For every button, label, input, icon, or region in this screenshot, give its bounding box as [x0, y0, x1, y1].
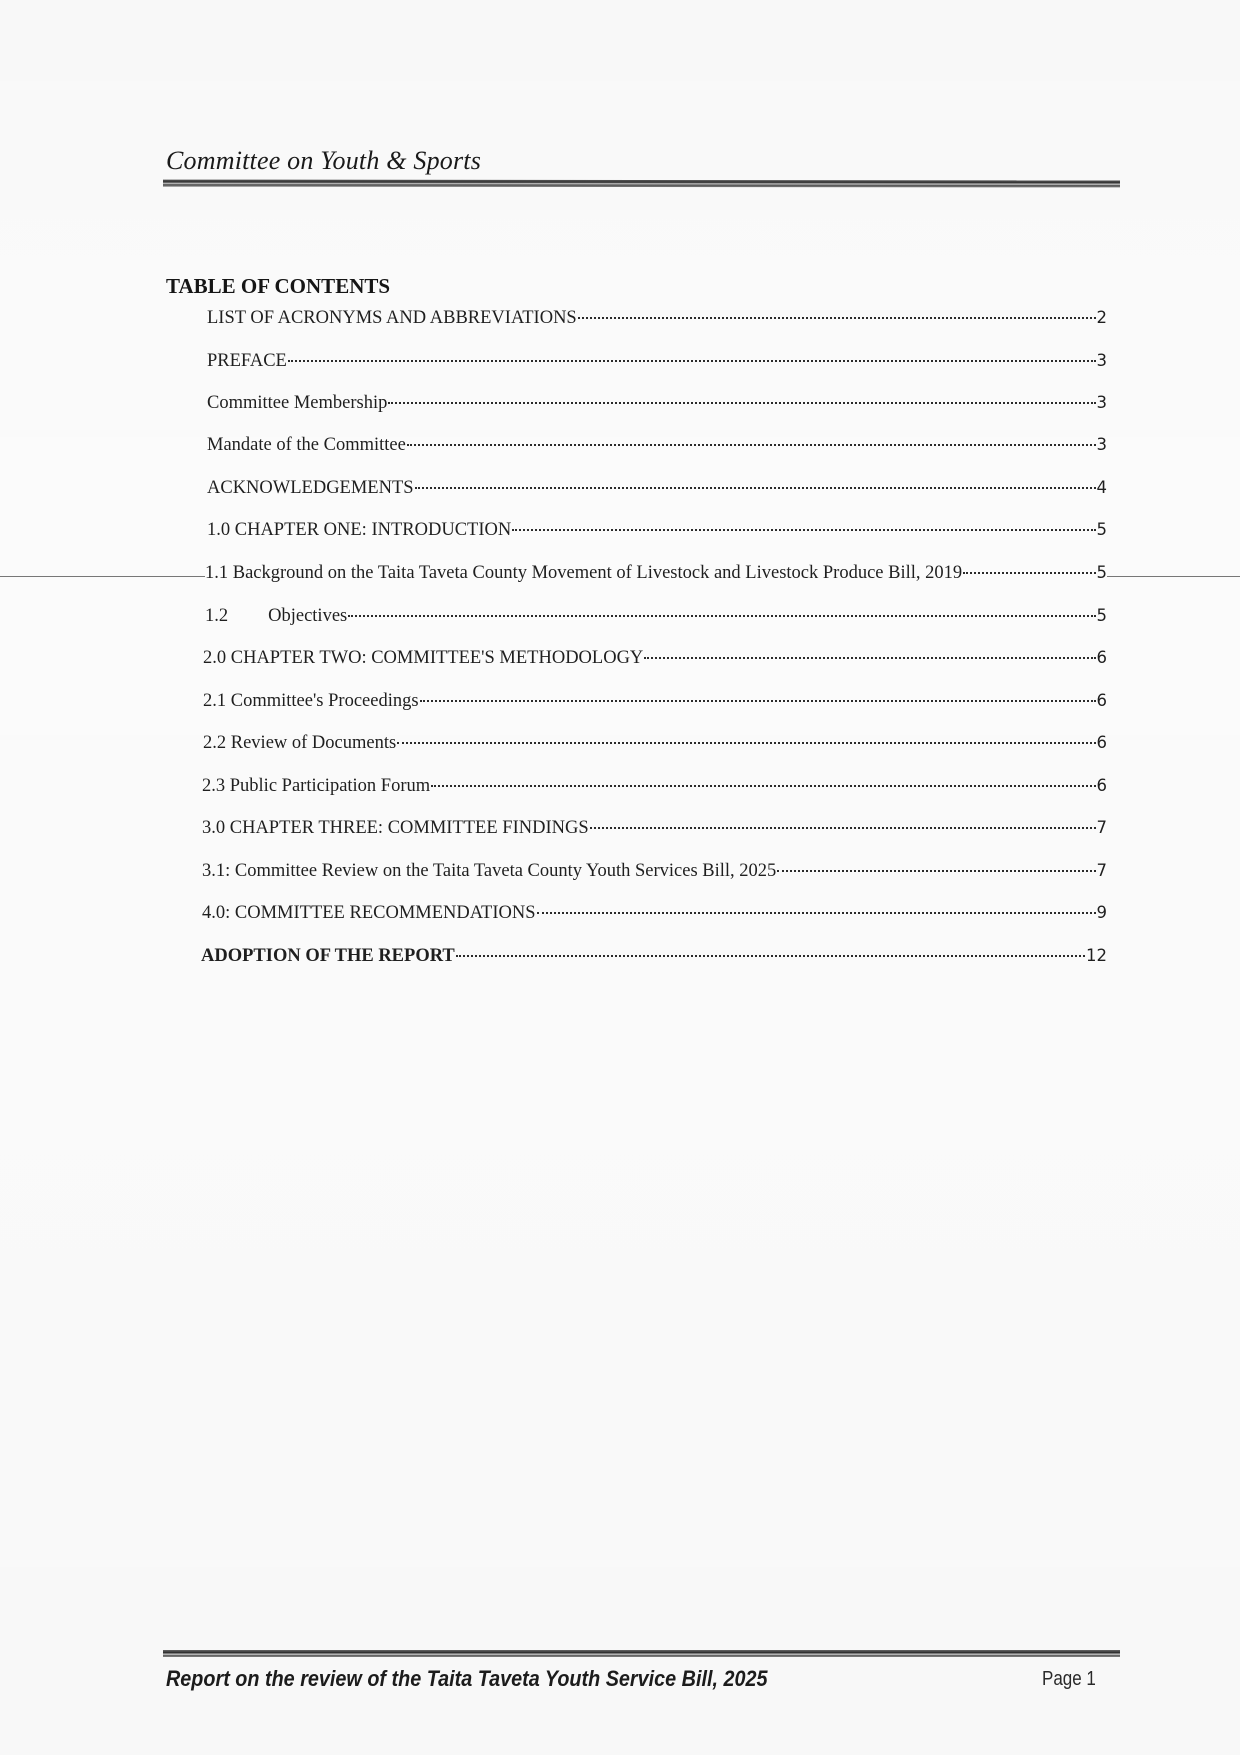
toc-entry-page: 5: [1097, 563, 1108, 582]
toc-entry-label: 1.1 Background on the Taita Taveta Count…: [205, 563, 962, 584]
toc-entry-page: 3: [1097, 435, 1108, 454]
toc-entry-page: 9: [1097, 903, 1108, 922]
toc-entry-label: 2.3 Public Participation Forum: [202, 776, 430, 797]
dot-leader: [537, 893, 1096, 914]
toc-entry-label: 3.0 CHAPTER THREE: COMMITTEE FINDINGS: [202, 818, 589, 839]
dot-leader: [288, 341, 1096, 362]
dot-leader: [512, 510, 1095, 531]
toc-entry-label: ADOPTION OF THE REPORT: [201, 946, 455, 967]
toc-entry[interactable]: 2.0 CHAPTER TWO: COMMITTEE'S METHODOLOGY…: [203, 642, 1107, 669]
toc-entry-label: 4.0: COMMITTEE RECOMMENDATIONS: [202, 903, 536, 924]
toc-entry-label: 3.1: Committee Review on the Taita Tavet…: [202, 861, 776, 882]
dot-leader: [777, 851, 1095, 872]
dot-leader: [415, 468, 1096, 489]
toc-entry-label: PREFACE: [207, 351, 287, 372]
toc-entry[interactable]: 2.2 Review of Documents 6: [203, 727, 1107, 754]
toc-entry-label: 2.2 Review of Documents: [203, 733, 396, 754]
dot-leader: [590, 808, 1096, 829]
toc-entry[interactable]: 2.1 Committee's Proceedings 6: [203, 685, 1107, 712]
toc-entry-page: 6: [1097, 776, 1108, 795]
toc-entry[interactable]: 1.2 Objectives 5: [205, 600, 1107, 627]
toc-entry-page: 6: [1097, 648, 1108, 667]
toc-title: TABLE OF CONTENTS: [166, 274, 390, 299]
dot-leader: [388, 383, 1095, 404]
dot-leader: [431, 766, 1095, 787]
toc-entry-page: 3: [1097, 393, 1108, 412]
toc-entry[interactable]: Committee Membership 3: [207, 387, 1107, 414]
toc-entry-label: Objectives: [268, 606, 347, 627]
toc-entry[interactable]: 4.0: COMMITTEE RECOMMENDATIONS 9: [202, 897, 1107, 924]
toc-entry[interactable]: 2.3 Public Participation Forum 6: [202, 770, 1107, 797]
toc-entry-label: ACKNOWLEDGEMENTS: [207, 478, 414, 499]
toc-entry[interactable]: LIST OF ACRONYMS AND ABBREVIATIONS 2: [207, 302, 1107, 329]
toc-entry[interactable]: Mandate of the Committee 3: [207, 429, 1107, 456]
running-header: Committee on Youth & Sports: [166, 146, 481, 176]
dot-leader: [348, 596, 1095, 617]
toc-entry-page: 5: [1097, 520, 1108, 539]
dot-leader: [397, 723, 1095, 744]
dot-leader: [420, 681, 1096, 702]
footer-rule: [163, 1650, 1120, 1657]
page-number: Page 1: [1042, 1668, 1096, 1691]
toc-entry[interactable]: 1.0 CHAPTER ONE: INTRODUCTION 5: [207, 514, 1107, 541]
toc-entry-label: 2.0 CHAPTER TWO: COMMITTEE'S METHODOLOGY: [203, 648, 643, 669]
toc-entry-page: 2: [1097, 308, 1108, 327]
toc-entry[interactable]: 3.1: Committee Review on the Taita Tavet…: [202, 855, 1107, 882]
toc-entry-label: 1.0 CHAPTER ONE: INTRODUCTION: [207, 520, 511, 541]
running-footer: Report on the review of the Taita Taveta…: [166, 1666, 768, 1692]
dot-leader: [578, 298, 1096, 319]
dot-leader: [407, 425, 1096, 446]
toc-entry-page: 7: [1097, 861, 1108, 880]
toc-entry-page: 5: [1097, 606, 1108, 625]
toc-entry-label: LIST OF ACRONYMS AND ABBREVIATIONS: [207, 308, 577, 329]
header-rule: [163, 180, 1120, 188]
toc-entry-page: 7: [1097, 818, 1108, 837]
toc-entry[interactable]: 1.1 Background on the Taita Taveta Count…: [205, 557, 1107, 584]
toc-entry-label: Committee Membership: [207, 393, 387, 414]
toc-entry-page: 12: [1086, 946, 1107, 965]
toc-entry-page: 3: [1097, 351, 1108, 370]
toc-entry-page: 4: [1097, 478, 1108, 497]
toc-entry-page: 6: [1097, 733, 1108, 752]
dot-leader: [644, 638, 1095, 659]
toc-entry[interactable]: PREFACE 3: [207, 345, 1107, 372]
toc-entry[interactable]: 3.0 CHAPTER THREE: COMMITTEE FINDINGS 7: [202, 812, 1107, 839]
toc-entry[interactable]: ACKNOWLEDGEMENTS 4: [207, 472, 1107, 499]
dot-leader: [963, 553, 1095, 574]
toc-entry[interactable]: ADOPTION OF THE REPORT 12: [201, 940, 1107, 967]
toc-entry-number: 1.2: [205, 606, 228, 627]
toc-entry-label: 2.1 Committee's Proceedings: [203, 691, 419, 712]
toc-entry-label: Mandate of the Committee: [207, 435, 406, 456]
toc-entry-page: 6: [1097, 691, 1108, 710]
dot-leader: [456, 936, 1085, 957]
